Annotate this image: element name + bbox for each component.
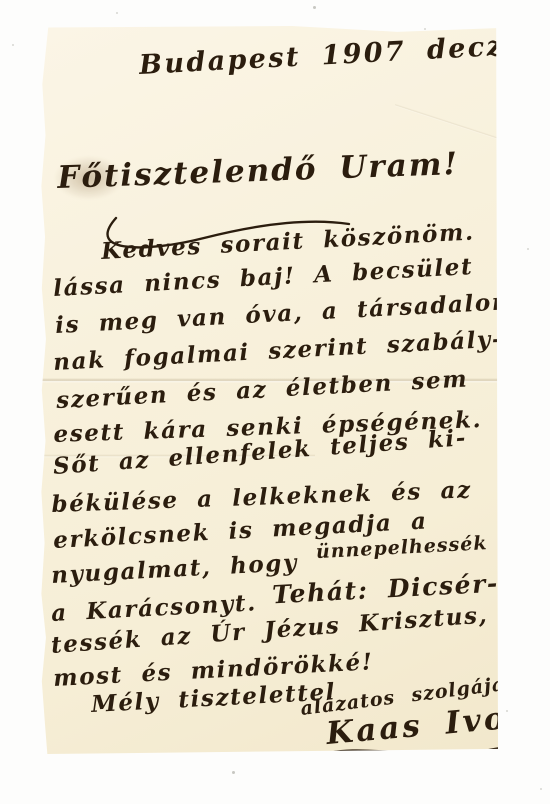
body-line: szerűen és az életben sem xyxy=(56,365,469,414)
body-line-start: nyugalmat, hogy xyxy=(51,549,299,589)
dust-speck xyxy=(424,28,426,30)
fold-crease xyxy=(394,104,509,144)
scanner-background: Budapest 1907 decz 23 Főtisztelendő Uram… xyxy=(0,0,550,804)
dateline: Budapest 1907 decz 23 xyxy=(138,28,550,81)
letter-paper: Budapest 1907 decz 23 Főtisztelendő Uram… xyxy=(40,26,498,754)
salutation: Főtisztelendő Uram! xyxy=(57,146,460,196)
dust-speck xyxy=(116,12,118,14)
dust-speck xyxy=(313,6,316,9)
dust-speck xyxy=(506,710,508,712)
dust-speck xyxy=(540,788,542,790)
dust-speck xyxy=(12,44,14,46)
dust-speck xyxy=(232,771,235,774)
dust-speck xyxy=(527,248,529,250)
